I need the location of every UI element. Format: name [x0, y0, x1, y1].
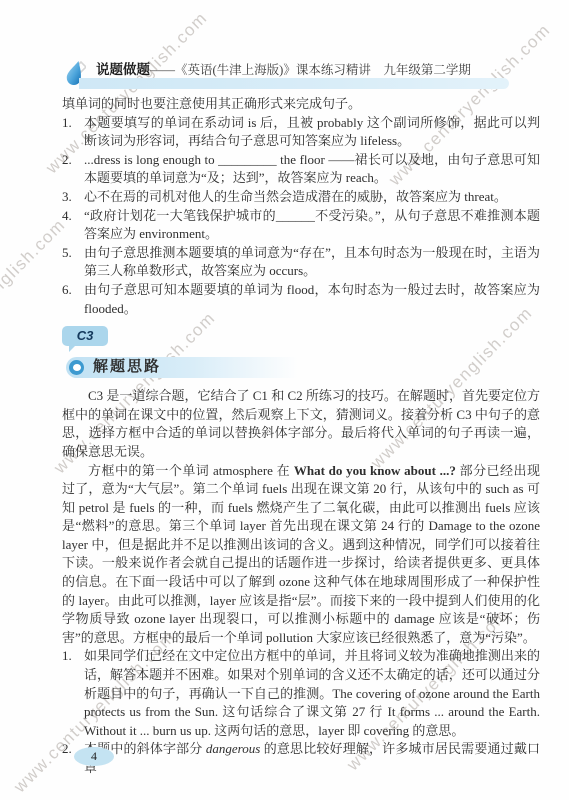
- text-run: What do you know about ...?: [294, 463, 456, 478]
- item-number: 1.: [62, 647, 72, 666]
- text-run: ...dress is long enough to _________ the…: [84, 152, 540, 186]
- text-run: 由句子意思推测本题要填的单词意为“存在”，且本句时态为一般现在时，主语为第三人称…: [84, 245, 540, 279]
- book-subtitle: ——《英语(牛津上海版)》课本练习精讲 九年级第二学期: [150, 63, 471, 77]
- item-text: 如果同学们已经在文中定位出方框中的单词，并且将词义较为准确地推测出来的话，解答本…: [84, 648, 540, 737]
- item-text: “政府计划花一大笔钱保护城市的______不受污染。”，从句子意思不难推测本题答…: [84, 208, 540, 242]
- text-run: “政府计划花一大笔钱保护城市的______不受污染。”，从句子意思不难推测本题答…: [84, 208, 540, 242]
- item-number: 2.: [62, 151, 72, 170]
- list-item: 6.由句子意思可知本题要填的单词为 flood，本句时态为一般过去时，故答案应为…: [62, 281, 540, 318]
- text-run: 部分已经出现过了，意为“大气层”。第二个单词 fuels 出现在课文第 20 行…: [62, 463, 540, 645]
- list-item: 1.如果同学们已经在文中定位出方框中的单词，并且将词义较为准确地推测出来的话，解…: [62, 647, 540, 740]
- list-item: 1.本题要填写的单词在系动词 is 后，且被 probably 这个副词所修饰，…: [62, 114, 540, 151]
- text-run: 心不在焉的司机对他人的生命当然会造成潜在的威胁，故答案应为 threat。: [84, 189, 507, 204]
- answers-list: 1.本题要填写的单词在系动词 is 后，且被 probably 这个副词所修饰，…: [62, 114, 540, 319]
- analysis-paragraph: C3 是一道综合题，它结合了 C1 和 C2 所练习的技巧。在解题时，首先要定位…: [62, 387, 540, 461]
- item-text: 由句子意思可知本题要填的单词为 flood，本句时态为一般过去时，故答案应为 f…: [84, 282, 540, 316]
- header-band: [79, 78, 509, 89]
- header-text: 说题做题——《英语(牛津上海版)》课本练习精讲 九年级第二学期: [96, 58, 471, 79]
- item-text: ...dress is long enough to _________ the…: [84, 152, 540, 186]
- analysis-paragraphs: C3 是一道综合题，它结合了 C1 和 C2 所练习的技巧。在解题时，首先要定位…: [62, 387, 540, 647]
- watermark-text: www.centuryenglish.com: [0, 215, 70, 385]
- item-number: 5.: [62, 244, 72, 263]
- section-header: 解题思路: [66, 357, 298, 378]
- bullet-circle-icon: [69, 360, 84, 375]
- list-item: 5.由句子意思推测本题要填的单词意为“存在”，且本句时态为一般现在时，主语为第三…: [62, 244, 540, 281]
- text-run: dangerous: [206, 741, 260, 756]
- item-text: 由句子意思推测本题要填的单词意为“存在”，且本句时态为一般现在时，主语为第三人称…: [84, 245, 540, 279]
- item-text: 心不在焉的司机对他人的生命当然会造成潜在的威胁，故答案应为 threat。: [84, 189, 507, 204]
- intro-line: 填单词的同时也要注意使用其正确形式来完成句子。: [62, 95, 540, 114]
- item-text: 本题要填写的单词在系动词 is 后，且被 probably 这个副词所修饰，据此…: [84, 115, 540, 149]
- item-number: 2.: [62, 740, 72, 759]
- main-content: 填单词的同时也要注意使用其正确形式来完成句子。 1.本题要填写的单词在系动词 i…: [62, 95, 540, 778]
- exercise-badge: C3: [62, 326, 108, 346]
- item-number: 6.: [62, 281, 72, 300]
- list-item: 2.本题中的斜体字部分 dangerous 的意思比较好理解，许多城市居民需要通…: [62, 740, 540, 777]
- analysis-list: 1.如果同学们已经在文中定位出方框中的单词，并且将词义较为准确地推测出来的话，解…: [62, 647, 540, 777]
- text-run: 由句子意思可知本题要填的单词为 flood，本句时态为一般过去时，故答案应为 f…: [84, 282, 540, 316]
- list-item: 4.“政府计划花一大笔钱保护城市的______不受污染。”，从句子意思不难推测本…: [62, 207, 540, 244]
- list-item: 2....dress is long enough to _________ t…: [62, 151, 540, 188]
- item-number: 3.: [62, 188, 72, 207]
- text-run: 如果同学们已经在文中定位出方框中的单词，并且将词义较为准确地推测出来的话，解答本…: [84, 648, 540, 737]
- analysis-paragraph: 方框中的第一个单词 atmosphere 在 What do you know …: [62, 462, 540, 648]
- list-item: 3.心不在焉的司机对他人的生命当然会造成潜在的威胁，故答案应为 threat。: [62, 188, 540, 207]
- page-number-badge: 4: [74, 747, 114, 766]
- item-number: 4.: [62, 207, 72, 226]
- text-run: 方框中的第一个单词 atmosphere 在: [88, 463, 294, 478]
- item-text: 本题中的斜体字部分 dangerous 的意思比较好理解，许多城市居民需要通过戴…: [84, 741, 540, 775]
- text-run: 本题要填写的单词在系动词 is 后，且被 probably 这个副词所修饰，据此…: [84, 115, 540, 149]
- text-run: C3 是一道综合题，它结合了 C1 和 C2 所练习的技巧。在解题时，首先要定位…: [62, 388, 540, 459]
- item-number: 1.: [62, 114, 72, 133]
- section-title: 解题思路: [93, 358, 161, 377]
- page-header: 说题做题——《英语(牛津上海版)》课本练习精讲 九年级第二学期: [62, 56, 509, 92]
- series-title: 说题做题: [96, 62, 150, 77]
- book-page: www.centuryenglish.comwww.centuryenglish…: [0, 0, 569, 800]
